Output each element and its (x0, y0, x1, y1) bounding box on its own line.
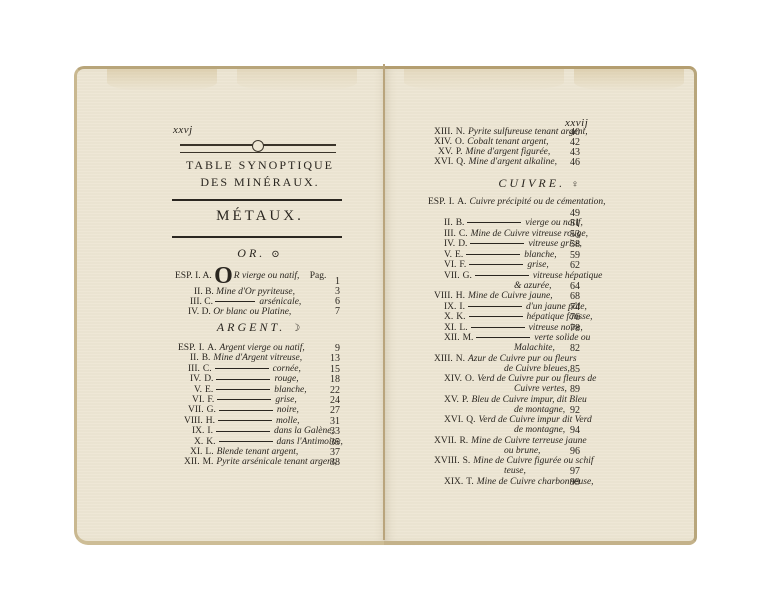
entry-row: XVI.Q.Mine d'argent alkaline, (434, 157, 557, 168)
ditto-dash (470, 243, 524, 244)
ditto-dash (219, 441, 273, 442)
page-number: 7 (320, 306, 340, 317)
entry-letter: E. (455, 250, 463, 260)
entry-letter: I. (207, 426, 213, 436)
page-number: 18 (320, 374, 340, 385)
water-stain (404, 69, 564, 91)
page-number: 97 (560, 466, 580, 477)
entry-row: XII.M.Pyrite arsénicale tenant argent, (184, 457, 337, 468)
entry-letter: F. (207, 395, 214, 405)
page-number: 53 (560, 229, 580, 240)
mineral-name: Mine d'argent figurée, (465, 147, 550, 157)
entry-letter: M. (463, 333, 474, 343)
entry-letter: P. (456, 147, 463, 157)
roman-numeral: X. (444, 312, 453, 322)
entry-row: ESP.I.A.Cuivre précipité ou de cémentati… (428, 197, 606, 208)
roman-numeral: XVI. (434, 157, 453, 167)
roman-numeral: XIV. (434, 137, 452, 147)
page-number: 46 (560, 157, 580, 168)
entry-letter: O. (455, 137, 464, 147)
entry-letter: H. (456, 291, 465, 301)
entry-row: ESP.I.A.Argent vierge ou natif, (178, 343, 305, 354)
open-book (74, 66, 696, 538)
entry-letter: C. (203, 364, 212, 374)
page-number: 96 (560, 446, 580, 457)
entry-row: VI.F.grise, (444, 260, 549, 271)
page-number: 76 (560, 312, 580, 323)
roman-numeral: XVII. (434, 436, 456, 446)
page-number: 99 (560, 477, 580, 488)
ornament-fleuron (252, 140, 264, 152)
water-stain (574, 69, 684, 91)
page-number: 94 (560, 425, 580, 436)
entry-letter: D. (458, 239, 467, 249)
entry-letter: M. (203, 457, 214, 467)
mineral-name-cont: teuse, (504, 466, 526, 476)
mineral-name: Azur de Cuivre pur ou fleurs (468, 354, 577, 364)
roman-numeral: XIII. (434, 127, 453, 137)
page-number: 58 (560, 239, 580, 250)
mineral-name: verte solide ou (534, 333, 590, 343)
moon-symbol-icon: ☽ (291, 323, 303, 334)
mineral-name: Verd de Cuivre impur dit Verd (479, 415, 592, 425)
title-line-2: DES MINÉRAUX. (170, 175, 350, 190)
heading-metaux: MÉTAUX. (170, 208, 350, 225)
entry-letter: B. (456, 218, 465, 228)
roman-numeral: XI. (190, 447, 202, 457)
gutter-fold (383, 64, 385, 540)
roman-numeral: XIX. (444, 477, 463, 487)
roman-numeral: II. (190, 353, 199, 363)
ditto-dash (466, 254, 520, 255)
mineral-name: blanche, (524, 250, 556, 260)
ditto-dash (216, 389, 270, 390)
ditto-dash (475, 275, 529, 276)
entry-letter: E. (205, 385, 213, 395)
entry-row: V.E.blanche, (194, 385, 307, 396)
section-title: CUIVRE. (498, 176, 565, 190)
water-stain (237, 69, 357, 91)
entry-letter: B. (202, 353, 211, 363)
entry-continuation: de montagne, (514, 405, 565, 416)
sun-symbol-icon: ⊙ (271, 249, 282, 260)
mineral-name: Mine d'argent alkaline, (469, 157, 557, 167)
mineral-name-cont: Cuivre vertes, (514, 384, 567, 394)
mineral-name: cornée, (273, 364, 301, 374)
mineral-name: grise, (527, 260, 548, 270)
roman-numeral: VI. (444, 260, 456, 270)
mineral-name: noire, (277, 405, 299, 415)
roman-numeral: II. (444, 218, 453, 228)
entry-row: VII.G.noire, (188, 405, 299, 416)
ditto-dash (216, 431, 270, 432)
entry-letter: D. (204, 374, 213, 384)
page-number: 27 (320, 405, 340, 416)
roman-numeral: XV. (438, 147, 453, 157)
entry-row: IV. D. Or blanc ou Platine, (188, 307, 291, 318)
entry-letter: K. (206, 437, 215, 447)
roman-numeral: VIII. (184, 416, 203, 426)
mineral-name: Verd de Cuivre pur ou fleurs de (477, 374, 596, 384)
heading-rule (172, 236, 342, 238)
page-number: 38 (320, 457, 340, 468)
roman-numeral: XIV. (444, 374, 462, 384)
ditto-dash (468, 306, 522, 307)
entry-letter: S. (463, 456, 471, 466)
ditto-dash (215, 368, 269, 369)
roman-numeral: IV. (190, 374, 201, 384)
page-number: 51 (560, 218, 580, 229)
roman-numeral: XVIII. (434, 456, 460, 466)
roman-numeral: VII. (444, 271, 460, 281)
drop-cap: O (214, 263, 233, 289)
entry-row: XI.L.Blende tenant argent, (190, 447, 298, 458)
roman-numeral: VI. (192, 395, 204, 405)
esp-label: ESP. (428, 197, 446, 207)
title-rule (172, 199, 342, 201)
venus-symbol-icon: ♀ (571, 179, 582, 190)
page-number: 33 (320, 426, 340, 437)
entry-row: VIII.H.Mine de Cuivre jaune, (434, 291, 553, 302)
roman-numeral: X. (194, 437, 203, 447)
entry-letter: N. (456, 127, 465, 137)
left-folio: xxvj (173, 124, 193, 136)
roman-numeral: I. (449, 197, 455, 207)
page-number: 13 (320, 353, 340, 364)
mineral-name: vitreuse hépatique (533, 271, 603, 281)
mineral-name: Mine de Cuivre terreuse jaune (471, 436, 586, 446)
entry-letter: I. (459, 302, 465, 312)
roman-numeral: VIII. (434, 291, 453, 301)
ditto-dash (216, 379, 270, 380)
mineral-name-cont: Malachite, (514, 343, 555, 353)
ditto-dash (219, 410, 273, 411)
ditto-dash (469, 316, 523, 317)
roman-numeral: III. (444, 229, 456, 239)
section-cuivre-heading: CUIVRE. ♀ (470, 176, 610, 191)
mineral-name: Bleu de Cuivre impur, dit Bleu (471, 395, 586, 405)
mineral-name: Mine d'Argent vitreuse, (213, 353, 302, 363)
entry-continuation: & azurée, (514, 281, 551, 292)
entry-continuation: teuse, (504, 466, 526, 477)
ditto-dash (467, 222, 521, 223)
page-number: 85 (560, 364, 580, 375)
title-line-1: TABLE SYNOPTIQUE (170, 158, 350, 173)
entry-row: V.E.blanche, (444, 250, 557, 261)
section-argent-heading: ARGENT. ☽ (190, 320, 330, 335)
entry-letter: N. (456, 354, 465, 364)
entry-letter: A. (457, 197, 466, 207)
ditto-dash (476, 337, 530, 338)
page-number: 15 (320, 364, 340, 375)
page-number: 74 (560, 302, 580, 313)
entry-row: VI.F.grise, (192, 395, 297, 406)
page-number: 24 (320, 395, 340, 406)
mineral-name: Pyrite arsénicale tenant argent, (216, 457, 336, 467)
mineral-name-cont: ou brune, (504, 446, 540, 456)
entry-continuation: Cuivre vertes, (514, 384, 567, 395)
entry-letter: G. (463, 271, 472, 281)
page-number: 59 (560, 250, 580, 261)
entry-letter: F. (459, 260, 466, 270)
entry-letter: H. (206, 416, 215, 426)
roman-numeral: XII. (184, 457, 200, 467)
entry-letter: L. (205, 447, 213, 457)
entry-continuation: Malachite, (514, 343, 555, 354)
page-number: 78 (560, 323, 580, 334)
esp-label: ESP. (178, 343, 196, 353)
mineral-name: Argent vierge ou natif, (220, 343, 305, 353)
roman-numeral: XV. (444, 395, 459, 405)
roman-numeral: V. (194, 385, 202, 395)
mineral-name: blanche, (274, 385, 306, 395)
ditto-dash (471, 327, 525, 328)
water-stain (107, 69, 217, 91)
entry-row: II.B.Mine d'Argent vitreuse, (190, 353, 302, 364)
entry-letter: R. (459, 436, 468, 446)
mineral-name: grise, (275, 395, 296, 405)
mineral-name: Mine de Cuivre jaune, (468, 291, 553, 301)
page-number: 82 (560, 343, 580, 354)
entry-row: IV.D.rouge, (190, 374, 299, 385)
ditto-dash (218, 420, 272, 421)
roman-numeral: XVI. (444, 415, 463, 425)
roman-numeral: XII. (444, 333, 460, 343)
entry-letter: O. (465, 374, 474, 384)
entry-letter: Q. (466, 415, 475, 425)
roman-numeral: IX. (192, 426, 204, 436)
roman-numeral: XIII. (434, 354, 453, 364)
page-number: 31 (320, 416, 340, 427)
entry-letter: G. (207, 405, 216, 415)
ditto-dash (469, 264, 523, 265)
page-number: 68 (560, 291, 580, 302)
roman-numeral: IV. (444, 239, 455, 249)
entry-continuation: de montagne, (514, 425, 565, 436)
roman-numeral: VII. (188, 405, 204, 415)
page-number: 22 (320, 385, 340, 396)
entry-letter: K. (456, 312, 465, 322)
mineral-name-cont: de montagne, (514, 405, 565, 415)
page-number: 37 (320, 447, 340, 458)
section-title: ARGENT. (217, 320, 285, 334)
entry-letter: L. (459, 323, 467, 333)
page-number: 89 (560, 384, 580, 395)
entry-letter: Q. (456, 157, 465, 167)
entry-row: III.C.cornée, (188, 364, 301, 375)
mineral-name: molle, (276, 416, 299, 426)
entry-letter: A. (207, 343, 216, 353)
entry-letter: T. (466, 477, 473, 487)
page-number: 62 (560, 260, 580, 271)
page-number: 9 (320, 343, 340, 354)
roman-numeral: III. (188, 364, 200, 374)
ditto-dash (217, 399, 271, 400)
entry-letter: C. (459, 229, 468, 239)
page-number: 64 (560, 281, 580, 292)
roman-numeral: XI. (444, 323, 456, 333)
mineral-name-cont: & azurée, (514, 281, 551, 291)
mineral-name-cont: de montagne, (514, 425, 565, 435)
roman-numeral: IX. (444, 302, 456, 312)
entry-letter: P. (462, 395, 469, 405)
section-or-heading: OR. ⊙ (180, 246, 340, 261)
mineral-name: rouge, (274, 374, 298, 384)
section-title: OR. (237, 246, 265, 260)
roman-numeral: V. (444, 250, 452, 260)
entry-row: VIII.H.molle, (184, 416, 299, 427)
entry-row: IX.I.dans la Galène, (192, 426, 334, 437)
page-number: 35 (320, 437, 340, 448)
page-number: 92 (560, 405, 580, 416)
mineral-name: Cobalt tenant argent, (467, 137, 548, 147)
roman-numeral: I. (199, 343, 205, 353)
mineral-name: Blende tenant argent, (217, 447, 299, 457)
mineral-name: Cuivre précipité ou de cémentation, (470, 197, 606, 207)
mineral-name: Mine de Cuivre figurée ou schif (473, 456, 593, 466)
entry-continuation: ou brune, (504, 446, 540, 457)
entry-row: ESP. I. A. OR vierge ou natif, Pag. (175, 271, 326, 282)
